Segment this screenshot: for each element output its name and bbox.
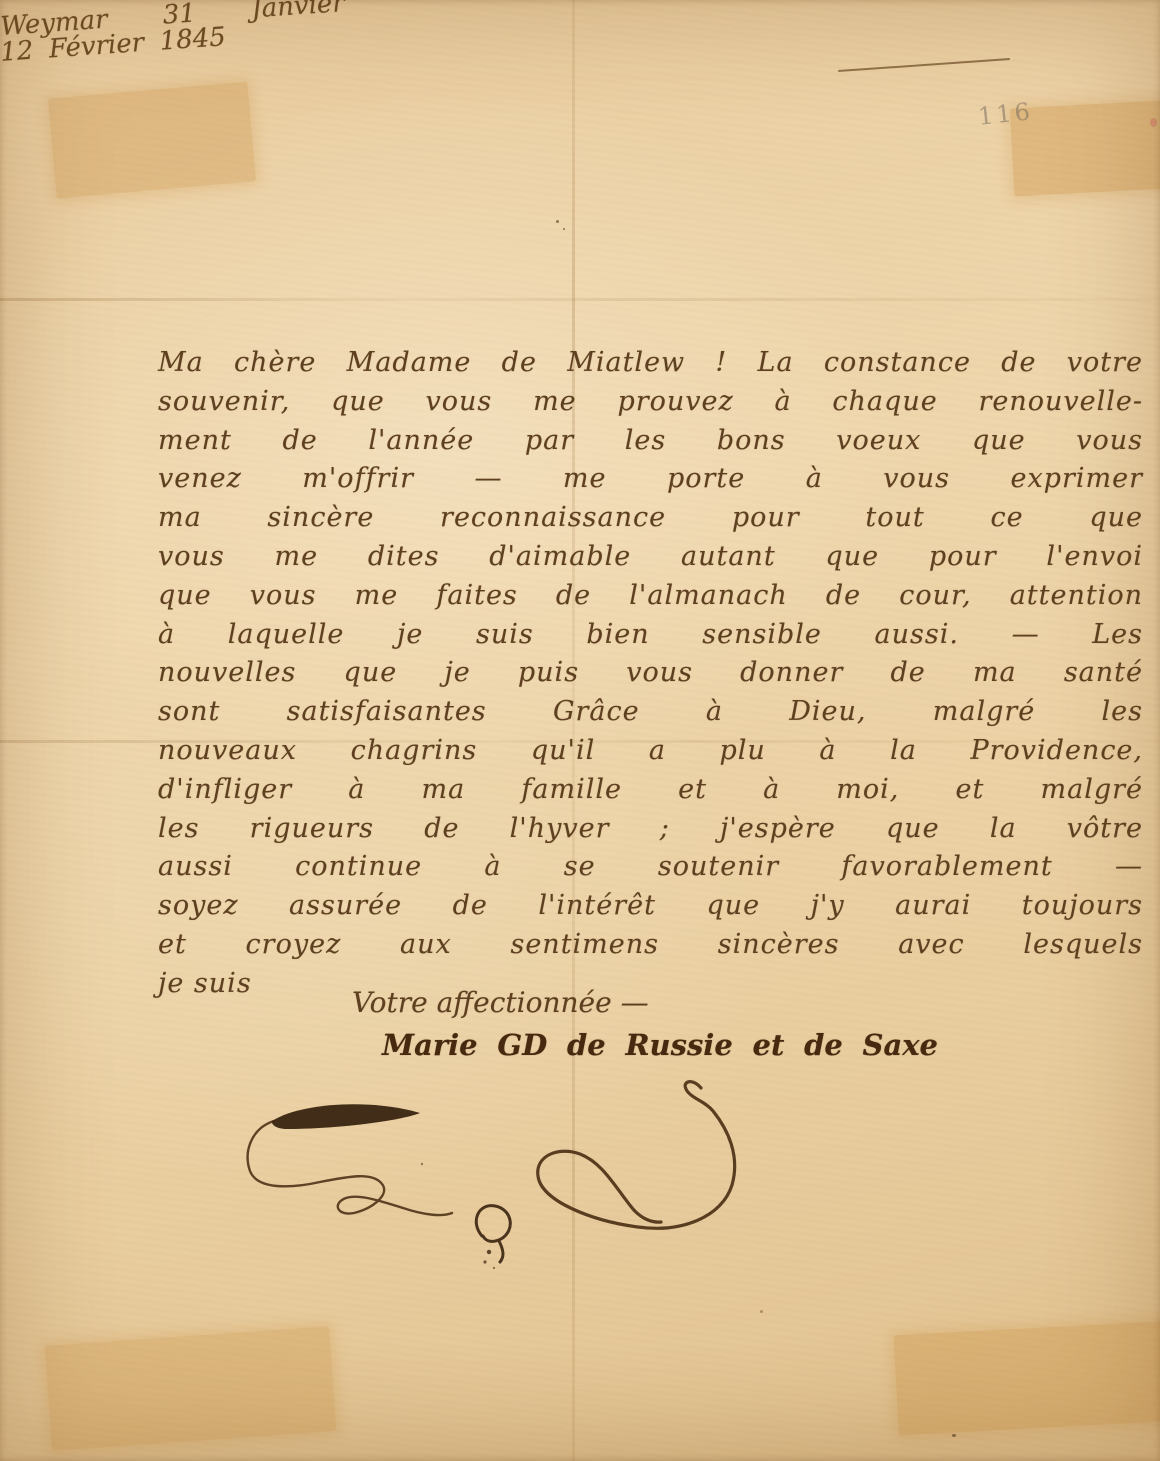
body-line: je suis: [158, 965, 1143, 1004]
body-line: sont satisfaisantes Grâce à Dieu, malgré…: [158, 693, 1143, 732]
letter-page: Weymar 31 Janvier 12 Février 1845 116 Ma…: [0, 0, 1160, 1461]
fold-crease-horizontal-upper: [0, 298, 1160, 301]
tape-stain-bottom-right: [894, 1321, 1160, 1436]
body-line: soyez assurée de l'intérêt que j'y aurai…: [158, 887, 1143, 926]
signature-flourish: [242, 1076, 942, 1276]
body-line: à laquelle je suis bien sensible aussi. …: [158, 616, 1143, 655]
closing-line: Votre affectionnée —: [352, 986, 649, 1019]
body-line: ment de l'année par les bons voeux que v…: [158, 422, 1143, 461]
body-line: que vous me faites de l'almanach de cour…: [158, 577, 1143, 616]
body-line: venez m'offrir — me porte à vous exprime…: [158, 460, 1143, 499]
body-line: ma sincère reconnaissance pour tout ce q…: [158, 499, 1143, 538]
body-line: vous me dites d'aimable autant que pour …: [158, 538, 1143, 577]
ink-speck: [563, 228, 565, 230]
body-line: les rigueurs de l'hyver ; j'espère que l…: [158, 810, 1143, 849]
body-line: d'infliger à ma famille et à moi, et mal…: [158, 771, 1143, 810]
body-line: Ma chère Madame de Miatlew ! La constanc…: [158, 344, 1143, 383]
ink-speck: [760, 1310, 763, 1313]
ink-speck: [952, 1434, 956, 1437]
tape-remnant-dot: [1150, 118, 1157, 127]
body-line: aussi continue à se soutenir favorableme…: [158, 848, 1143, 887]
tape-stain-bottom-left: [45, 1326, 337, 1451]
date-fraction-bar: [838, 58, 1010, 72]
body-line: nouveaux chagrins qu'il a plu à la Provi…: [158, 732, 1143, 771]
signature-line: Marie GD de Russie et de Saxe: [382, 1028, 938, 1062]
body-line: nouvelles que je puis vous donner de ma …: [158, 654, 1143, 693]
archival-number: 116: [977, 97, 1034, 131]
ink-speck: [556, 220, 559, 223]
letter-body: Ma chère Madame de Miatlew ! La constanc…: [158, 344, 1143, 1004]
dateline: Weymar 31 Janvier 12 Février 1845: [0, 0, 345, 60]
tape-stain-top-left: [48, 81, 256, 198]
body-line: et croyez aux sentimens sincères avec le…: [158, 926, 1143, 965]
body-line: souvenir, que vous me prouvez à chaque r…: [158, 383, 1143, 422]
